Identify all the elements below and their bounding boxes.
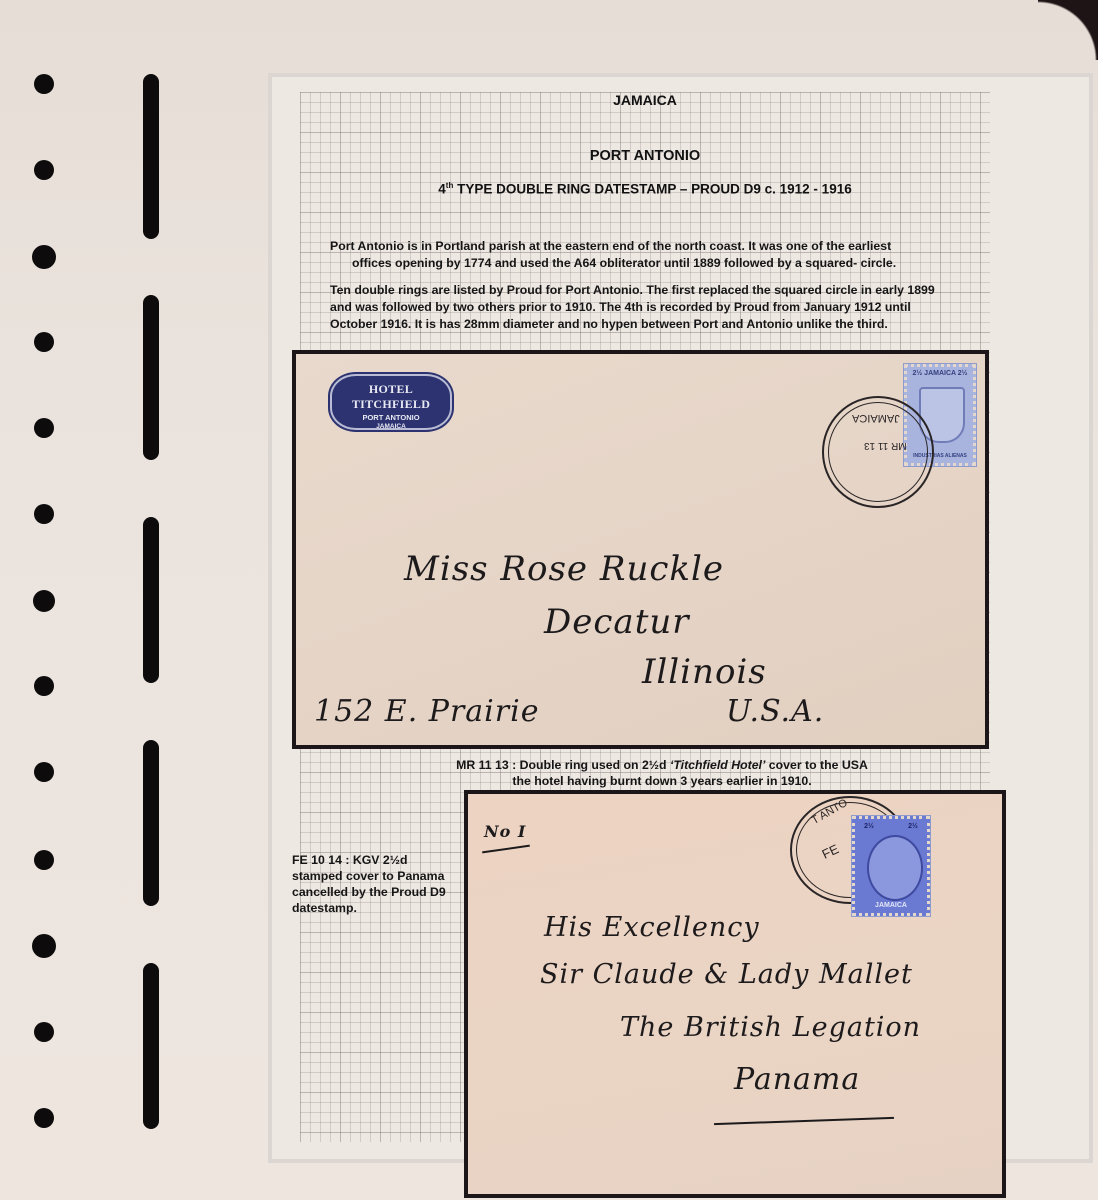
envelope-2: No I T ANTO FE 2½ 2½ JAMAICA His Excelle… <box>468 794 1002 1194</box>
postmark-date: FE <box>820 841 841 862</box>
binder-slot-icon <box>143 740 159 906</box>
hotel-label-line-2: PORT ANTONIO <box>332 413 450 422</box>
notation-underline <box>482 845 530 854</box>
binder-slot-icon <box>143 295 159 460</box>
country-header: JAMAICA <box>300 92 990 108</box>
address-line-state: Illinois <box>642 652 767 692</box>
address-line-street: 152 E. Prairie <box>314 694 539 729</box>
album-page: JAMAICA PORT ANTONIO 4th TYPE DOUBLE RIN… <box>0 0 1098 1200</box>
binder-hole-icon <box>34 332 54 352</box>
cover-2-caption: FE 10 14 : KGV 2½d stamped cover to Pana… <box>292 852 457 916</box>
hotel-titchfield-label: HOTEL TITCHFIELD PORT ANTONIO JAMAICA <box>330 374 452 430</box>
binder-hole-icon <box>34 74 54 94</box>
binder-hole-icon <box>34 160 54 180</box>
address-line-addressee: Miss Rose Ruckle <box>404 549 724 589</box>
binder-hole-icon <box>34 850 54 870</box>
binder-hole-icon <box>34 676 54 696</box>
cover-panama: No I T ANTO FE 2½ 2½ JAMAICA His Excelle… <box>464 790 1006 1198</box>
cover-notation: No I <box>484 822 526 841</box>
cover-1-caption-line-2: the hotel having burnt down 3 years earl… <box>392 773 932 789</box>
binder-hole-icon <box>34 762 54 782</box>
intro-paragraph: Port Antonio is in Portland parish at th… <box>330 238 950 272</box>
postmark-town: T ANTO <box>810 797 850 827</box>
page-title: PORT ANTONIO <box>300 148 990 164</box>
postmark-date: MR 11 13 <box>864 440 907 451</box>
binder-slot-icon <box>143 74 159 239</box>
address-line-addressee: Sir Claude & Lady Mallet <box>540 959 913 990</box>
binder-hole-icon <box>34 504 54 524</box>
hotel-label-line-1: HOTEL TITCHFIELD <box>332 382 450 412</box>
cover-1-caption-line-1: MR 11 13 : Double ring used on 2½d ‘Titc… <box>392 757 932 773</box>
double-ring-postmark: JAMAICA MR 11 13 <box>822 396 934 508</box>
kgv-stamp-2-half-d: 2½ 2½ JAMAICA <box>852 816 930 916</box>
king-george-v-portrait-icon <box>867 835 923 901</box>
binder-hole-icon <box>34 1108 54 1128</box>
subtitle-ordinal: 4 <box>438 182 446 197</box>
binder-hole-icon <box>33 590 55 612</box>
address-underline <box>714 1117 894 1125</box>
binder-hole-icon <box>32 245 56 269</box>
intro-line-1: Port Antonio is in Portland parish at th… <box>330 239 891 253</box>
hotel-label-line-3: JAMAICA <box>332 423 450 430</box>
postmark-jamaica: JAMAICA <box>852 412 900 424</box>
history-paragraph: Ten double rings are listed by Proud for… <box>330 282 950 333</box>
caption-hotel-name: ‘Titchfield Hotel’ <box>670 758 765 772</box>
cover-1-caption: MR 11 13 : Double ring used on 2½d ‘Titc… <box>392 757 932 789</box>
address-line-title: His Excellency <box>544 912 760 943</box>
address-line-country: U.S.A. <box>726 694 824 729</box>
address-line-legation: The British Legation <box>620 1012 921 1043</box>
address-line-city: Decatur <box>544 602 690 642</box>
envelope-1: HOTEL TITCHFIELD PORT ANTONIO JAMAICA 2½… <box>296 354 985 745</box>
stamp-country: JAMAICA <box>855 902 927 909</box>
stamp-top-text: 2½ JAMAICA 2½ <box>907 370 973 377</box>
page-corner <box>1038 0 1098 60</box>
caption-text: MR 11 13 : Double ring used on 2½d <box>456 758 670 772</box>
stamp-value-right: 2½ <box>903 823 923 830</box>
page-subtitle: 4th TYPE DOUBLE RING DATESTAMP – PROUD D… <box>300 181 990 197</box>
binder-slot-icon <box>143 963 159 1129</box>
address-line-country: Panama <box>734 1062 860 1097</box>
binder-hole-icon <box>34 418 54 438</box>
intro-line-2: offices opening by 1774 and used the A64… <box>330 255 950 272</box>
caption-text: cover to the USA <box>765 758 868 772</box>
subtitle-text: TYPE DOUBLE RING DATESTAMP – PROUD D9 c.… <box>453 182 851 197</box>
binder-hole-icon <box>32 934 56 958</box>
binder-hole-icon <box>34 1022 54 1042</box>
binder-slot-icon <box>143 517 159 683</box>
stamp-value-left: 2½ <box>859 823 879 830</box>
cover-titchfield-hotel: HOTEL TITCHFIELD PORT ANTONIO JAMAICA 2½… <box>292 350 989 749</box>
